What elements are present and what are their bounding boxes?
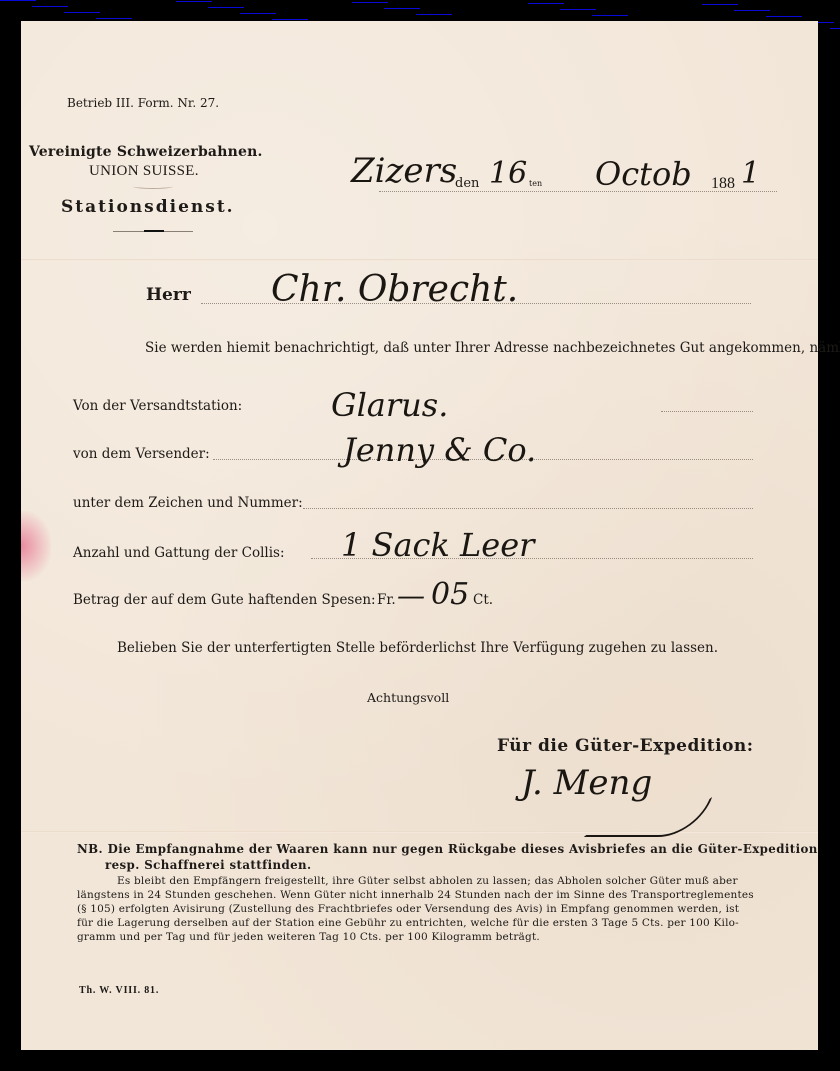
document-page: Betrieb III. Form. Nr. 27. Vereinigte Sc… <box>21 21 818 1050</box>
field-value-quantity-type: 1 Sack Leer <box>341 526 534 564</box>
nb-heading-line1: NB. Die Empfangnahme der Waaren kann nur… <box>77 842 818 856</box>
year-printed: 188 <box>711 175 735 193</box>
form-reference: Betrieb III. Form. Nr. 27. <box>67 96 219 110</box>
nb-body-line: längstens in 24 Stunden geschehen. Wenn … <box>77 888 754 902</box>
signature-block-label: Für die Güter-Expedition: <box>497 736 754 756</box>
printer-mark: Th. W. VIII. 81. <box>79 985 159 996</box>
field-label-quantity-type: Anzahl und Gattung der Collis: <box>73 545 285 561</box>
day-suffix: ten <box>529 179 542 188</box>
field-value-sender: Jenny & Co. <box>343 431 536 469</box>
nb-body-line: für die Lagerung derselben auf der Stati… <box>77 916 739 930</box>
day-handwritten: 16 <box>489 156 527 191</box>
charges-label: Betrag der auf dem Gute haftenden Spesen… <box>73 592 376 608</box>
intro-text: Sie werden hiemit benachrichtigt, daß un… <box>145 340 840 356</box>
fold-crease <box>21 831 818 833</box>
charges-ct-label: Ct. <box>473 592 493 608</box>
nb-heading-line2: resp. Schaffnerei stattfinden. <box>105 858 312 872</box>
field-dotted-line <box>303 508 753 509</box>
department-title: Stationsdienst. <box>61 197 235 217</box>
field-label-marks-numbers: unter dem Zeichen und Nummer: <box>73 495 303 511</box>
recipient-name-handwritten: Chr. Obrecht. <box>271 269 518 310</box>
field-label-sender: von dem Versender: <box>73 446 210 462</box>
nb-body-line: (§ 105) erfolgten Avisirung (Zustellung … <box>77 902 739 916</box>
charges-fr-label: Fr. <box>377 592 396 608</box>
fold-crease <box>21 259 818 261</box>
den-label: den <box>455 176 479 191</box>
year-handwritten: 1 <box>741 156 760 191</box>
field-dotted-line <box>661 411 753 412</box>
field-label-origin-station: Von der Versandtstation: <box>73 398 242 414</box>
red-stamp-mark <box>21 511 51 581</box>
company-name-french: UNION SUISSE. <box>89 163 199 180</box>
closing-text: Achtungsvoll <box>367 690 449 705</box>
nb-body-line: Es bleibt den Empfängern freigestellt, i… <box>117 874 738 888</box>
nb-body-line: gramm und per Tag und für jeden weiteren… <box>77 930 540 944</box>
recipient-label: Herr <box>146 285 191 305</box>
field-value-origin-station: Glarus. <box>331 386 448 424</box>
scan-artifact-lines <box>0 0 840 22</box>
place-handwritten: Zizers <box>351 151 457 191</box>
ornament-squiggle <box>133 184 173 189</box>
request-text: Belieben Sie der unterfertigten Stelle b… <box>117 640 718 656</box>
ornament-rule-center <box>144 230 164 232</box>
charges-ct-value: 05 <box>431 577 469 612</box>
month-handwritten: Octob <box>595 155 692 193</box>
charges-fr-value: — <box>397 579 425 612</box>
company-name: Vereinigte Schweizerbahnen. <box>29 144 263 160</box>
